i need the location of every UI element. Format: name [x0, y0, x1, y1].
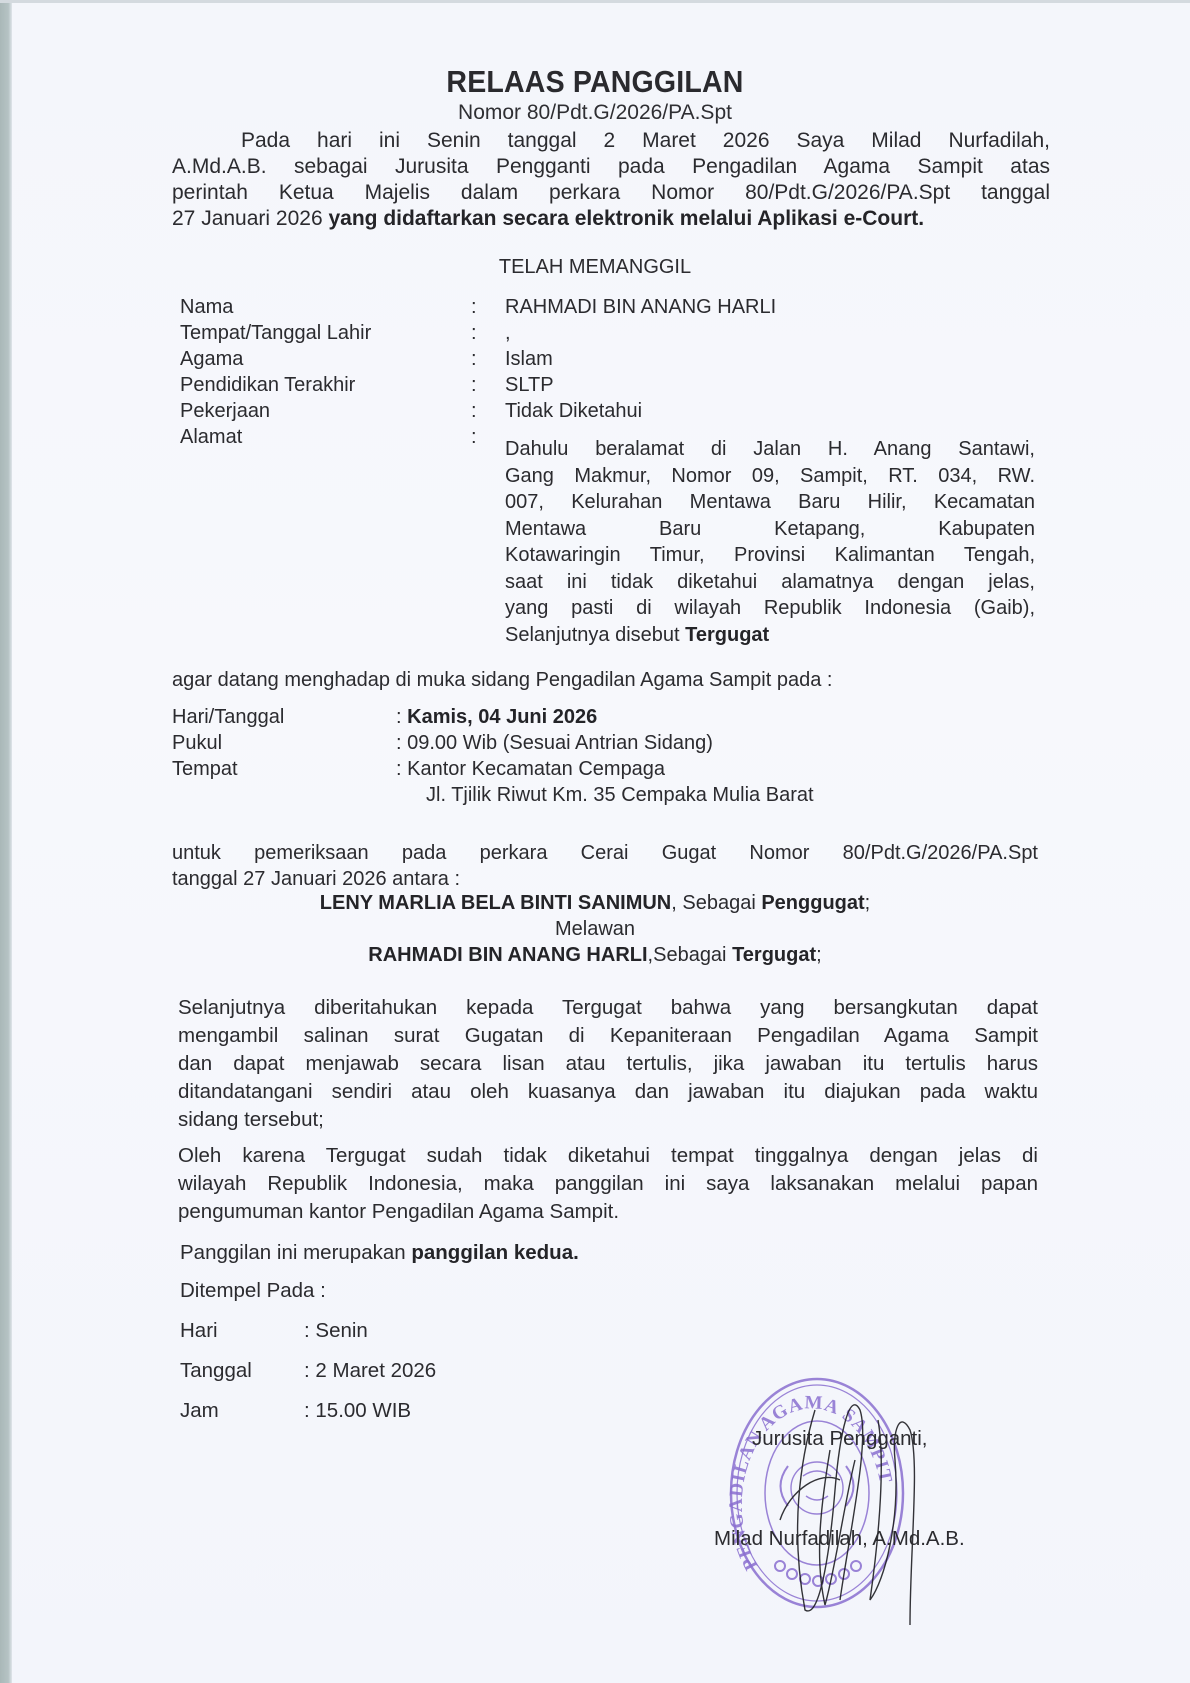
party-field-value: SLTP	[505, 372, 554, 398]
posted-day-label: Hari	[180, 1318, 218, 1344]
party-field-label: Agama	[180, 346, 243, 372]
intro-line: Pada hari ini Senin tanggal 2 Maret 2026…	[172, 128, 1050, 154]
case-paragraph: untuk pemeriksaan pada perkara Cerai Gug…	[172, 840, 1038, 892]
hearing-time: : 09.00 Wib (Sesuai Antrian Sidang)	[396, 730, 713, 756]
party-field-label: Tempat/Tanggal Lahir	[180, 320, 371, 346]
posted-day: : Senin	[304, 1318, 368, 1344]
notice-paragraph: Selanjutnya diberitahukan kepada Terguga…	[178, 994, 1038, 1134]
party-field-colon: :	[471, 424, 477, 450]
scan-edge	[0, 0, 12, 1683]
document-page: RELAAS PANGGILAN Nomor 80/Pdt.G/2026/PA.…	[0, 0, 1190, 1683]
case-number: Nomor 80/Pdt.G/2026/PA.Spt	[0, 101, 1190, 125]
party-field-label: Pendidikan Terakhir	[180, 372, 355, 398]
document-title: RELAAS PANGGILAN	[48, 64, 1143, 100]
scan-top-edge	[0, 0, 1190, 3]
party-field-value: Islam	[505, 346, 553, 372]
party-field-colon: :	[471, 320, 477, 346]
posted-date: : 2 Maret 2026	[304, 1358, 436, 1384]
hearing-place: : Kantor Kecamatan Cempaga	[396, 756, 665, 782]
party-field-colon: :	[471, 346, 477, 372]
defendant-line: RAHMADI BIN ANANG HARLI,Sebagai Tergugat…	[0, 944, 1190, 967]
hearing-date-label: Hari/Tanggal	[172, 704, 284, 730]
heading-telah-memanggil: TELAH MEMANGGIL	[0, 256, 1190, 279]
posted-time: : 15.00 WIB	[304, 1398, 411, 1424]
intro-line: perintah Ketua Majelis dalam perkara Nom…	[172, 180, 1050, 206]
hearing-date: : Kamis, 04 Juni 2026	[396, 704, 597, 730]
posted-time-label: Jam	[180, 1398, 219, 1424]
party-field-label: Nama	[180, 294, 233, 320]
plaintiff-name: LENY MARLIA BELA BINTI SANIMUN	[320, 892, 671, 914]
address-block: Dahulu beralamat di Jalan H. Anang Santa…	[505, 436, 1035, 648]
posted-label: Ditempel Pada :	[180, 1278, 326, 1304]
call-statement: Panggilan ini merupakan panggilan kedua.	[180, 1240, 579, 1266]
party-field-label: Alamat	[180, 424, 242, 450]
hearing-place-address: Jl. Tjilik Riwut Km. 35 Cempaka Mulia Ba…	[426, 782, 814, 808]
party-field-colon: :	[471, 372, 477, 398]
plaintiff-line: LENY MARLIA BELA BINTI SANIMUN, Sebagai …	[0, 892, 1190, 915]
summon-intro: agar datang menghadap di muka sidang Pen…	[172, 667, 832, 693]
signer-name: Milad Nurfadilah, A.Md.A.B.	[714, 1526, 965, 1552]
party-field-colon: :	[471, 294, 477, 320]
posted-date-label: Tanggal	[180, 1358, 252, 1384]
party-field-value: ,	[505, 320, 511, 346]
signer-title: Jurusita Pengganti,	[752, 1426, 928, 1452]
party-field-value: RAHMADI BIN ANANG HARLI	[505, 294, 776, 320]
intro-paragraph: Pada hari ini Senin tanggal 2 Maret 2026…	[172, 128, 1050, 232]
hearing-place-label: Tempat	[172, 756, 238, 782]
intro-line: A.Md.A.B. sebagai Jurusita Pengganti pad…	[172, 154, 1050, 180]
party-field-label: Pekerjaan	[180, 398, 270, 424]
versus-label: Melawan	[0, 918, 1190, 941]
hearing-time-label: Pukul	[172, 730, 222, 756]
unknown-address-paragraph: Oleh karena Tergugat sudah tidak diketah…	[178, 1142, 1038, 1226]
signature-icon	[760, 1370, 940, 1630]
party-field-colon: :	[471, 398, 477, 424]
defendant-name: RAHMADI BIN ANANG HARLI	[368, 944, 647, 966]
intro-line-last: 27 Januari 2026 yang didaftarkan secara …	[172, 206, 1050, 232]
party-field-value: Tidak Diketahui	[505, 398, 642, 424]
ecourt-note: yang didaftarkan secara elektronik melal…	[328, 207, 924, 230]
